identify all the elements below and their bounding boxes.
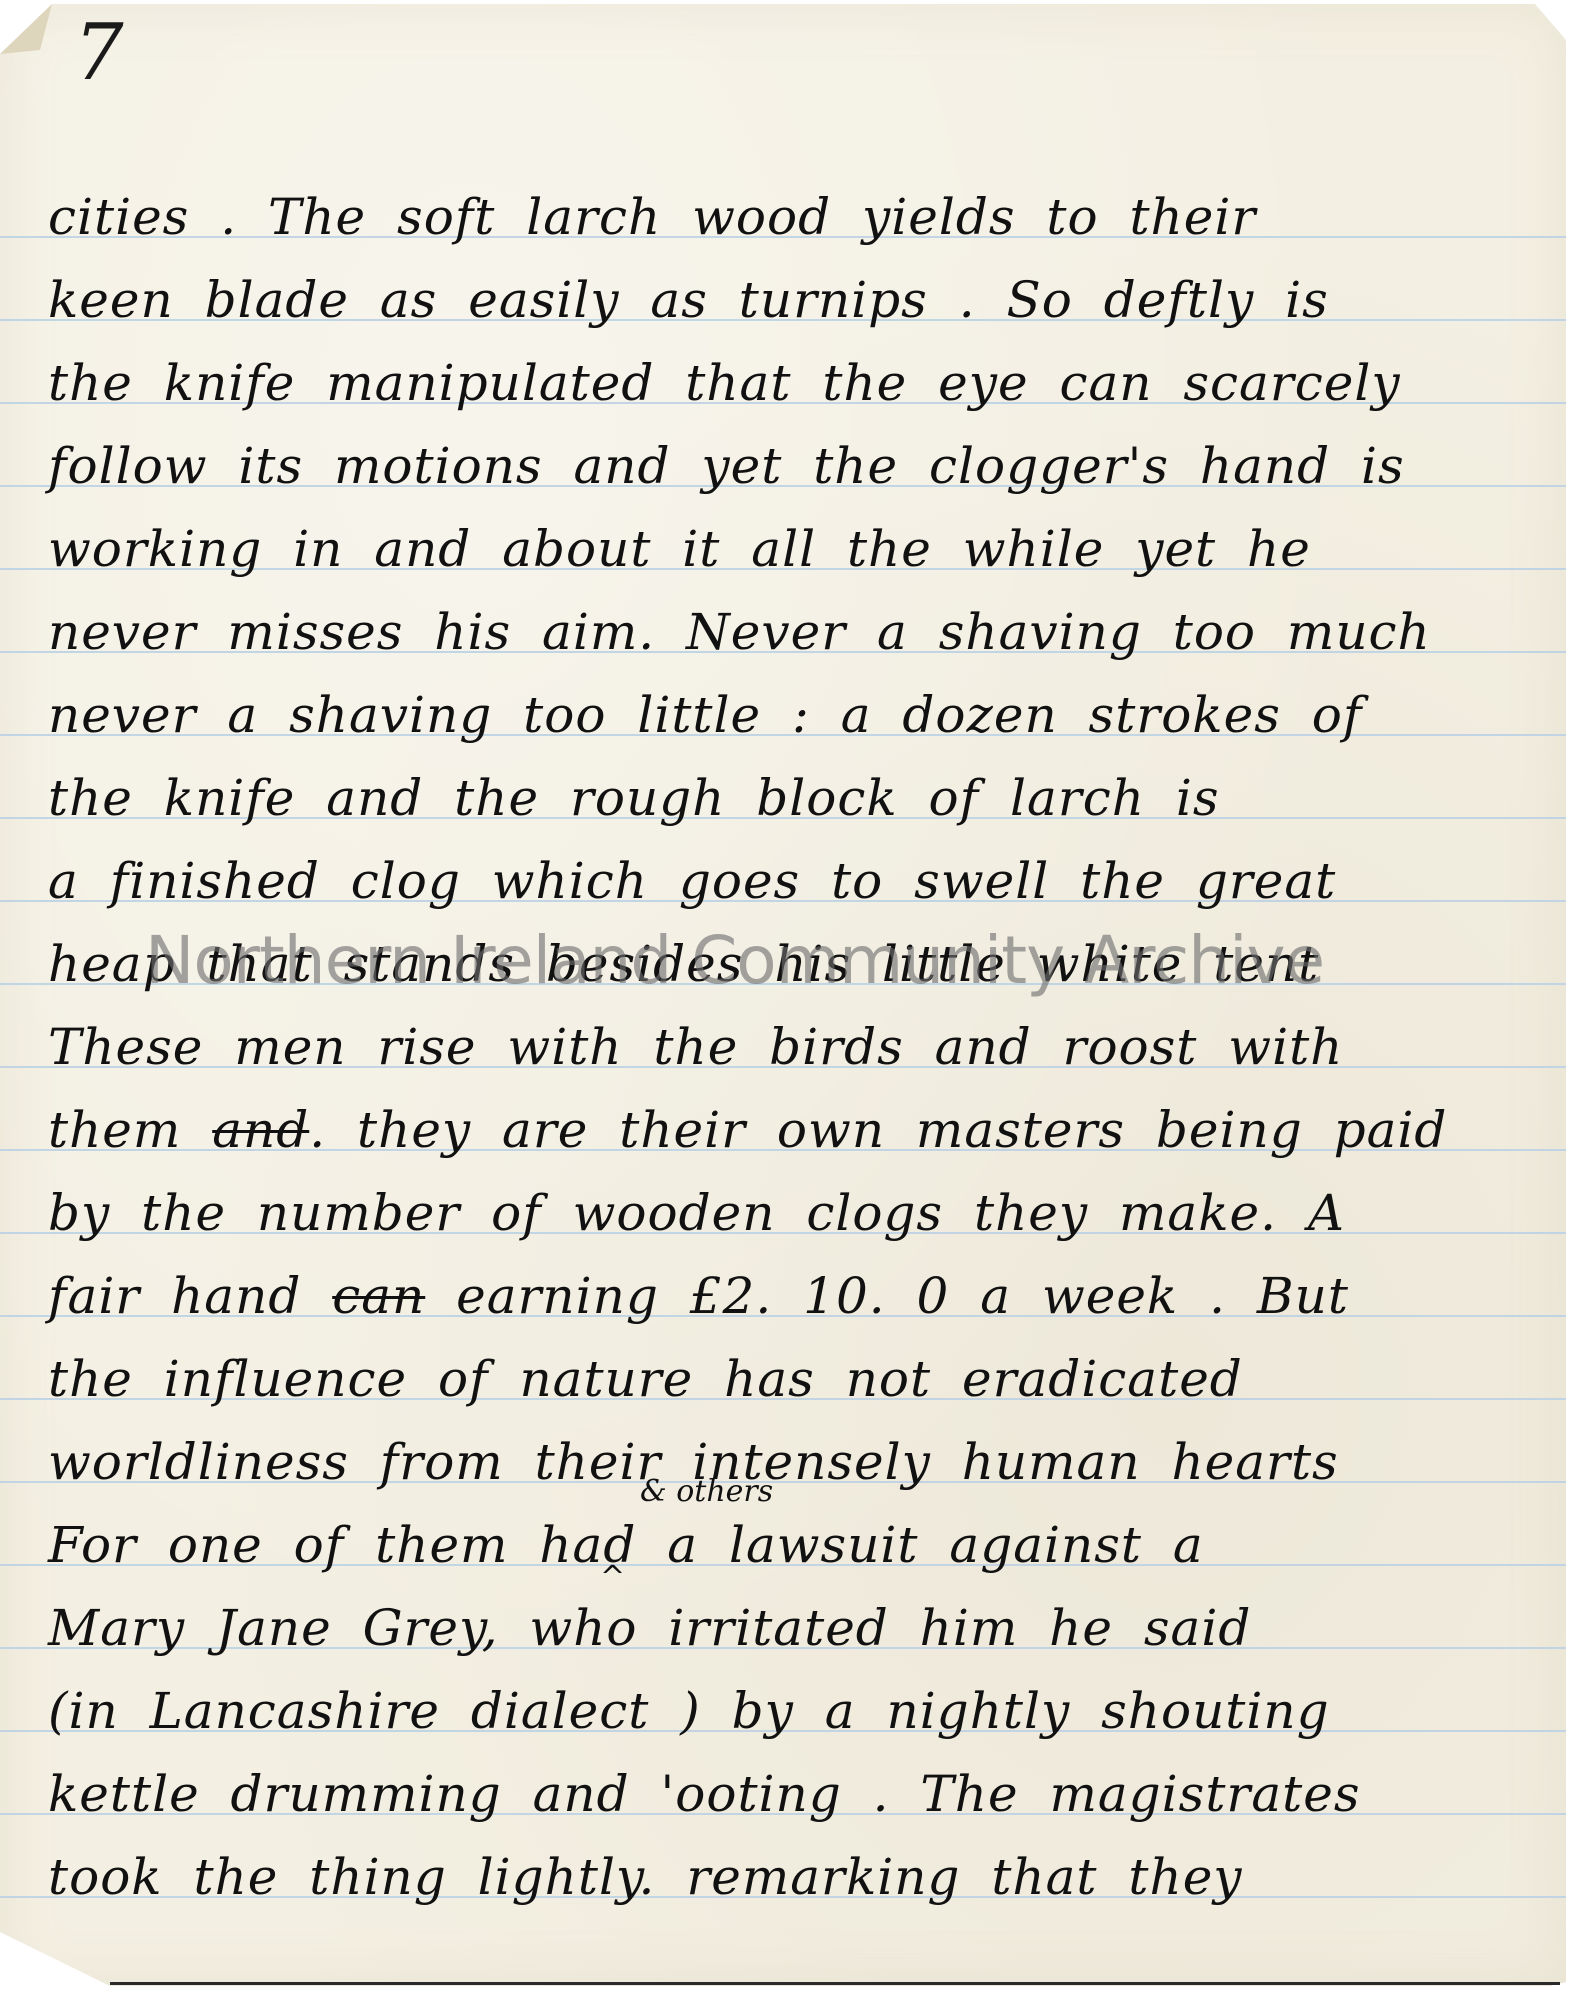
line-text: never a shaving too little : a dozen str… (48, 686, 1362, 744)
manuscript-line: heap that stands besides his little whit… (48, 939, 1548, 989)
line-text: kettle drumming and 'ooting . The magist… (48, 1765, 1360, 1823)
manuscript-line: a finished clog which goes to swell the … (48, 856, 1548, 906)
manuscript-line: worldliness from their intensely human h… (48, 1437, 1548, 1487)
line-text: fair hand (48, 1267, 332, 1325)
manuscript-line: took the thing lightly. remarking that t… (48, 1852, 1548, 1902)
struck-word: and (212, 1101, 309, 1159)
line-text: These men rise with the birds and roost … (48, 1018, 1343, 1076)
line-text: heap that stands besides his little whit… (48, 935, 1319, 993)
manuscript-line: the knife and the rough block of larch i… (48, 773, 1548, 823)
manuscript-line: follow its motions and yet the clogger's… (48, 441, 1548, 491)
manuscript-line: kettle drumming and 'ooting . The magist… (48, 1769, 1548, 1819)
line-text: the knife manipulated that the eye can s… (48, 354, 1401, 412)
line-text: Mary Jane Grey, who irritated him he sai… (48, 1599, 1251, 1657)
manuscript-line: the knife manipulated that the eye can s… (48, 358, 1548, 408)
line-text: by the number of wooden clogs they make.… (48, 1184, 1345, 1242)
manuscript-line: (in Lancashire dialect ) by a nightly sh… (48, 1686, 1548, 1736)
interlinear-insertion: & others (640, 1477, 773, 1507)
manuscript-line: cities . The soft larch wood yields to t… (48, 192, 1548, 242)
line-text: the influence of nature has not eradicat… (48, 1350, 1243, 1408)
struck-word: can (332, 1267, 425, 1325)
line-text: keen blade as easily as turnips . So def… (48, 271, 1329, 329)
manuscript-line: never misses his aim. Never a shaving to… (48, 607, 1548, 657)
line-text: . they are their own masters being paid (309, 1101, 1447, 1159)
line-text: took the thing lightly. remarking that t… (48, 1848, 1243, 1906)
manuscript-line: never a shaving too little : a dozen str… (48, 690, 1548, 740)
line-text: never misses his aim. Never a shaving to… (48, 603, 1431, 661)
paper-bottom-edge (110, 1982, 1560, 1985)
line-text: earning £2. 10. 0 a week . But (425, 1267, 1349, 1325)
line-text: working in and about it all the while ye… (48, 520, 1311, 578)
insertion-caret: ^ (600, 1560, 625, 1595)
page-number: 7 (74, 14, 124, 92)
manuscript-line: keen blade as easily as turnips . So def… (48, 275, 1548, 325)
line-text: For one of them had a lawsuit against a (48, 1516, 1204, 1574)
manuscript-line: For one of them had a lawsuit against a (48, 1520, 1548, 1570)
manuscript-line: the influence of nature has not eradicat… (48, 1354, 1548, 1404)
line-text: the knife and the rough block of larch i… (48, 769, 1220, 827)
manuscript-line: them and. they are their own masters bei… (48, 1105, 1548, 1155)
line-text: (in Lancashire dialect ) by a nightly sh… (48, 1682, 1330, 1740)
manuscript-line: working in and about it all the while ye… (48, 524, 1548, 574)
manuscript-line: by the number of wooden clogs they make.… (48, 1188, 1548, 1238)
manuscript-line: fair hand can earning £2. 10. 0 a week .… (48, 1271, 1548, 1321)
line-text: cities . The soft larch wood yields to t… (48, 188, 1256, 246)
line-text: a finished clog which goes to swell the … (48, 852, 1336, 910)
manuscript-line: These men rise with the birds and roost … (48, 1022, 1548, 1072)
line-text: follow its motions and yet the clogger's… (48, 437, 1405, 495)
manuscript-line: Mary Jane Grey, who irritated him he sai… (48, 1603, 1548, 1653)
line-text: them (48, 1101, 212, 1159)
